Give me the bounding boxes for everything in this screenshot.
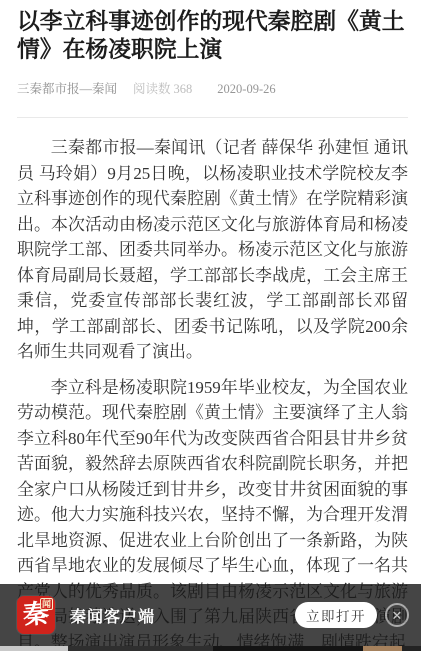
meta-date: 2020-09-26 (217, 82, 275, 96)
read-count-value: 368 (174, 82, 193, 96)
close-banner-icon[interactable]: ✕ (385, 603, 409, 627)
meta-read-count: 阅读数368 (133, 82, 192, 96)
content-peek-segment (68, 646, 213, 651)
content-peek-segment (402, 646, 421, 651)
divider (17, 117, 408, 118)
close-icon: ✕ (392, 609, 403, 622)
read-count-label: 阅读数 (133, 82, 171, 96)
meta-source: 三秦都市报—秦闻 (17, 82, 117, 96)
news-article-page: 以李立科事迹创作的现代秦腔剧《黄土情》在杨凌职院上演 三秦都市报—秦闻阅读数36… (0, 0, 421, 651)
app-name-label: 秦闻客户端 (70, 604, 155, 627)
article-meta: 三秦都市报—秦闻阅读数3682020-09-26 (17, 80, 408, 98)
content-peek-segment (363, 646, 402, 651)
page-content-peek (0, 646, 421, 651)
app-promo-banner[interactable]: 秦 闻 秦闻客户端 立即打开 ✕ (0, 584, 421, 646)
page-title: 以李立科事迹创作的现代秦腔剧《黄土情》在杨凌职院上演 (17, 8, 408, 64)
open-app-button[interactable]: 立即打开 (295, 602, 377, 628)
app-icon-badge: 闻 (40, 598, 53, 610)
qinwen-app-icon: 秦 闻 (17, 596, 55, 634)
content-peek-segment (0, 646, 68, 651)
article-content: 以李立科事迹创作的现代秦腔剧《黄土情》在杨凌职院上演 三秦都市报—秦闻阅读数36… (0, 8, 421, 651)
article-paragraph-1: 三秦都市报—秦闻讯（记者 薛保华 孙建恒 通讯员 马玲娟）9月25日晚，以杨凌职… (17, 135, 408, 365)
content-peek-segment (213, 646, 363, 651)
